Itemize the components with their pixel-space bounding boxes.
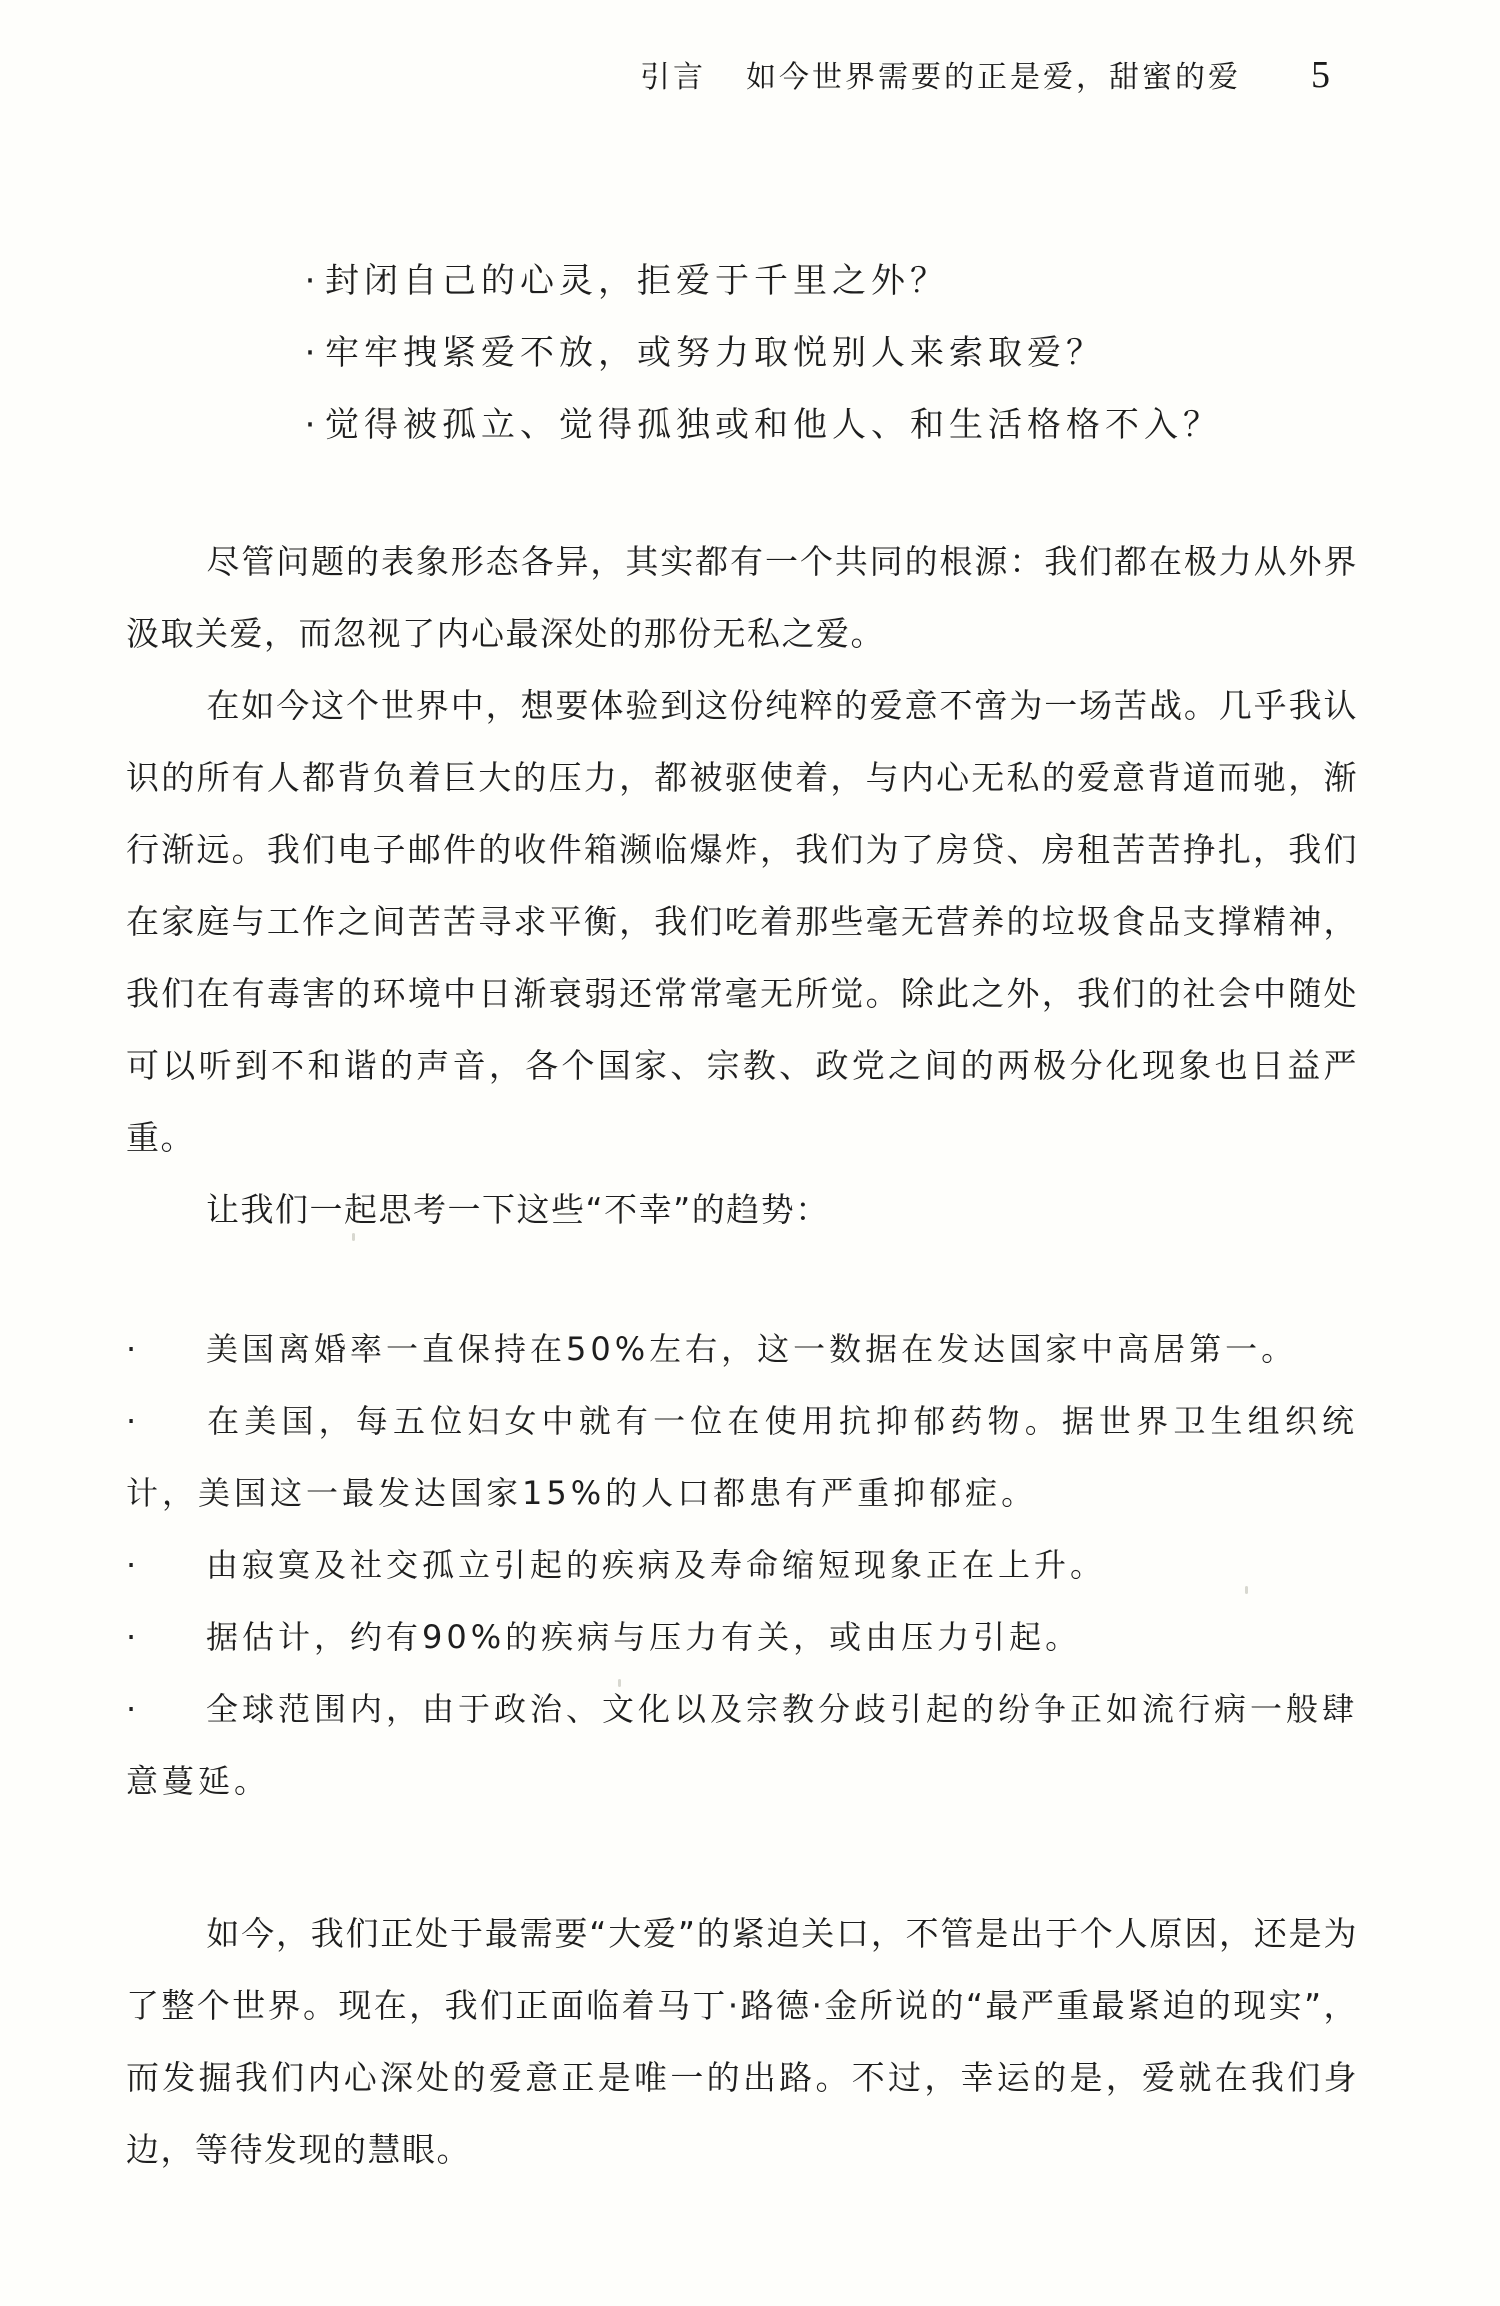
running-head-section: 引言 — [640, 52, 706, 96]
list-item: ·据估计，约有90%的疾病与压力有关，或由压力引起。 — [126, 1601, 1358, 1673]
list-item-text: 牢牢拽紧爱不放，或努力取悦别人来索取爱？ — [325, 333, 1105, 373]
paragraph-text: 如今，我们正处于最需要“大爱”的紧迫关口，不管是出于个人原因，还是为了整个世界。… — [126, 1914, 1358, 2169]
paragraph-text: 尽管问题的表象形态各异，其实都有一个共同的根源：我们都在极力从外界汲取关爱，而忽… — [126, 542, 1358, 653]
paragraph: 尽管问题的表象形态各异，其实都有一个共同的根源：我们都在极力从外界汲取关爱，而忽… — [126, 526, 1358, 670]
paragraph-text: 在如今这个世界中，想要体验到这份纯粹的爱意不啻为一场苦战。几乎我认识的所有人都背… — [126, 686, 1358, 1157]
list-item: ·牢牢拽紧爱不放，或努力取悦别人来索取爱？ — [295, 327, 1295, 399]
running-head: 引言 如今世界需要的正是爱，甜蜜的爱 5 — [640, 52, 1330, 102]
body-section-2: 如今，我们正处于最需要“大爱”的紧迫关口，不管是出于个人原因，还是为了整个世界。… — [126, 1898, 1358, 2186]
list-item-text: 觉得被孤立、觉得孤独或和他人、和生活格格不入？ — [325, 405, 1222, 445]
list-item: ·由寂寞及社交孤立引起的疾病及寿命缩短现象正在上升。 — [126, 1529, 1358, 1601]
list-item-text: 全球范围内，由于政治、文化以及宗教分歧引起的纷争正如流行病一般肆意蔓延。 — [126, 1690, 1358, 1800]
list-item-text: 封闭自己的心灵，拒爱于千里之外？ — [325, 261, 949, 301]
list-item-text: 在美国，每五位妇女中就有一位在使用抗抑郁药物。据世界卫生组织统计，美国这一最发达… — [126, 1402, 1358, 1512]
scan-speck — [618, 1679, 621, 1687]
paragraph-text: 让我们一起思考一下这些“不幸”的趋势： — [206, 1190, 830, 1229]
bullet-dot-icon: · — [295, 399, 325, 451]
page-number: 5 — [1311, 53, 1330, 97]
paragraph: 让我们一起思考一下这些“不幸”的趋势： — [126, 1174, 1358, 1246]
list-item: ·觉得被孤立、觉得孤独或和他人、和生活格格不入？ — [295, 399, 1295, 471]
question-list: ·封闭自己的心灵，拒爱于千里之外？ ·牢牢拽紧爱不放，或努力取悦别人来索取爱？ … — [295, 255, 1295, 471]
list-item: ·全球范围内，由于政治、文化以及宗教分歧引起的纷争正如流行病一般肆意蔓延。 — [126, 1673, 1358, 1817]
running-head-title: 如今世界需要的正是爱，甜蜜的爱 — [746, 52, 1293, 96]
list-item-text: 美国离婚率一直保持在50%左右，这一数据在发达国家中高居第一。 — [206, 1330, 1297, 1368]
list-item: ·在美国，每五位妇女中就有一位在使用抗抑郁药物。据世界卫生组织统计，美国这一最发… — [126, 1385, 1358, 1529]
list-item: ·美国离婚率一直保持在50%左右，这一数据在发达国家中高居第一。 — [126, 1313, 1358, 1385]
bullet-dot-icon: · — [295, 255, 325, 307]
body-section-1: 尽管问题的表象形态各异，其实都有一个共同的根源：我们都在极力从外界汲取关爱，而忽… — [126, 526, 1358, 1246]
scan-speck — [352, 1233, 355, 1241]
bullet-dot-icon: · — [295, 327, 325, 379]
list-item-text: 由寂寞及社交孤立引起的疾病及寿命缩短现象正在上升。 — [206, 1546, 1106, 1584]
list-item: ·封闭自己的心灵，拒爱于千里之外？ — [295, 255, 1295, 327]
statistics-list: ·美国离婚率一直保持在50%左右，这一数据在发达国家中高居第一。 ·在美国，每五… — [126, 1313, 1358, 1817]
book-page: 引言 如今世界需要的正是爱，甜蜜的爱 5 ·封闭自己的心灵，拒爱于千里之外？ ·… — [0, 0, 1500, 2306]
scan-speck — [1245, 1586, 1248, 1594]
list-item-text: 据估计，约有90%的疾病与压力有关，或由压力引起。 — [206, 1618, 1081, 1656]
paragraph: 在如今这个世界中，想要体验到这份纯粹的爱意不啻为一场苦战。几乎我认识的所有人都背… — [126, 670, 1358, 1174]
paragraph: 如今，我们正处于最需要“大爱”的紧迫关口，不管是出于个人原因，还是为了整个世界。… — [126, 1898, 1358, 2186]
